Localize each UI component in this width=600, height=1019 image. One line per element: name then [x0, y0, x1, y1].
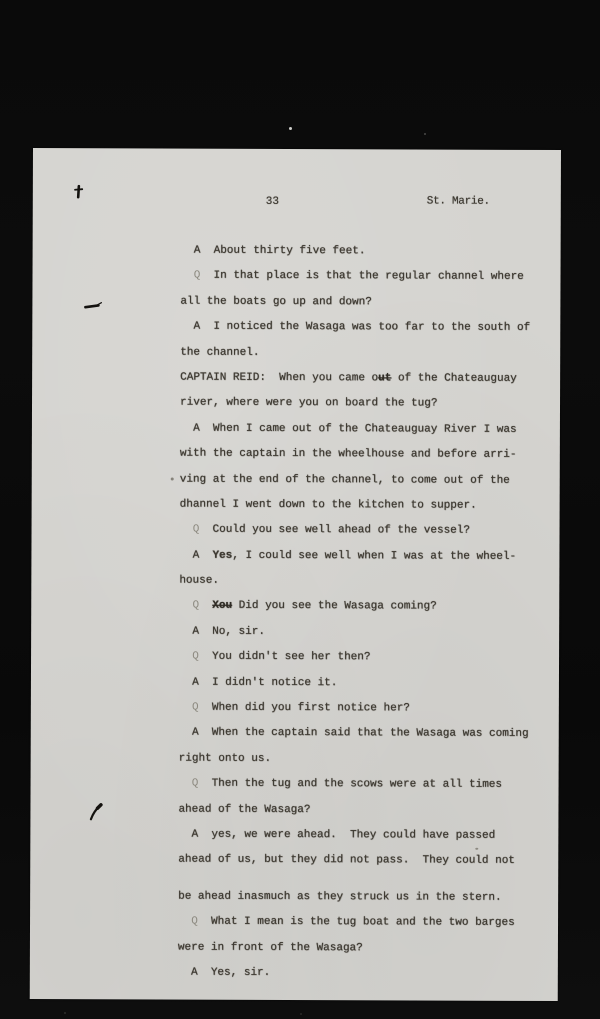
transcript-line: Q When did you first notice her?	[179, 696, 529, 723]
text-segment: , I could see well when I was at the whe…	[232, 549, 516, 562]
transcript-line: ahead of the Wasaga?	[178, 797, 528, 824]
text-segment: right onto us.	[179, 752, 271, 764]
text-segment: A When the captain said that the Wasaga …	[179, 727, 529, 740]
transcript-line: ahead of us, but they did not pass. They…	[178, 848, 528, 875]
text-segment: A When I came out of the Chateauguay Riv…	[180, 422, 517, 435]
transcript-line: A When I came out of the Chateauguay Riv…	[180, 416, 530, 443]
text-segment: When did you first notice her?	[199, 702, 410, 715]
transcript-line: A No, sir.	[179, 619, 529, 646]
transcript-line: A Yes, sir.	[178, 960, 528, 987]
transcript-line: Q You didn't see her then?	[179, 645, 529, 672]
text-segment: A Yes, sir.	[178, 966, 270, 978]
scan-speck	[300, 1013, 302, 1015]
text-segment	[179, 600, 192, 612]
transcript-line: with the captain in the wheelhouse and b…	[180, 442, 530, 469]
text-segment: Yes	[212, 549, 232, 561]
transcript-line: right onto us.	[179, 746, 529, 773]
text-segment: ving at the end of the channel, to come …	[180, 473, 510, 486]
text-segment: all the boats go up and down?	[180, 295, 371, 308]
transcript-line: A Yes, I could see well when I was at th…	[179, 543, 529, 570]
scan-speck	[424, 133, 426, 135]
text-segment	[180, 270, 193, 282]
transcript-line: A yes, we were ahead. They could have pa…	[178, 823, 528, 850]
transcript-line: A I noticed the Wasaga was too far to th…	[180, 315, 530, 342]
text-segment	[179, 702, 192, 714]
transcript-line: A When the captain said that the Wasaga …	[179, 721, 529, 748]
pen-mark-cross	[72, 184, 86, 200]
transcript-line: Q Then the tug and the scows were at all…	[179, 772, 529, 799]
transcript-line: all the boats go up and down?	[180, 289, 530, 316]
transcript-line: the channel.	[180, 340, 530, 367]
text-segment: of the Chateauguay	[391, 372, 516, 384]
paper-dot	[171, 478, 174, 481]
transcript-line: were in front of the Wasaga?	[178, 935, 528, 962]
text-segment: A I didn't notice it.	[179, 676, 337, 689]
text-segment: Then the tug and the scows were at all t…	[198, 778, 502, 791]
text-segment: Could you see well ahead of the vessel?	[199, 524, 470, 537]
pen-mark-tick	[88, 802, 104, 822]
text-segment	[179, 651, 192, 663]
witness-name: St. Marie.	[427, 196, 490, 208]
text-segment: A No, sir.	[179, 625, 265, 637]
transcript-line: river, where were you on board the tug?	[180, 391, 530, 418]
text-segment: What I mean is the tug boat and the two …	[198, 916, 515, 929]
transcript-line: Q Could you see well ahead of the vessel…	[179, 518, 529, 545]
text-segment: Did you see the Wasaga coming?	[232, 600, 437, 613]
text-segment: A About thirty five feet.	[181, 245, 366, 258]
text-segment: ut	[378, 372, 391, 384]
text-segment	[178, 916, 191, 928]
text-segment: A I noticed the Wasaga was too far to th…	[180, 321, 530, 334]
page-number: 33	[266, 196, 279, 208]
transcript-line: dhannel I went down to the kitchen to su…	[180, 492, 530, 519]
text-segment: with the captain in the wheelhouse and b…	[180, 448, 517, 461]
transcript-line: ving at the end of the channel, to come …	[180, 467, 530, 494]
scan-speck	[289, 127, 292, 130]
text-segment: river, where were you on board the tug?	[180, 397, 437, 410]
text-segment: Xou	[212, 600, 232, 612]
text-segment: A yes, we were ahead. They could have pa…	[178, 829, 495, 842]
text-segment	[180, 524, 193, 536]
text-segment: be ahead inasmuch as they struck us in t…	[178, 890, 501, 903]
text-segment: dhannel I went down to the kitchen to su…	[180, 498, 477, 511]
text-segment: ahead of the Wasaga?	[178, 803, 310, 816]
document-page: 33 St. Marie. A About thirty five feet. …	[30, 148, 561, 1001]
transcript-line: Q What I mean is the tug boat and the tw…	[178, 910, 528, 937]
transcript-line: CAPTAIN REID: When you came out of the C…	[180, 366, 530, 393]
text-segment: ahead of us, but they did not pass. They…	[178, 854, 515, 867]
scan-background: 33 St. Marie. A About thirty five feet. …	[0, 0, 600, 1019]
text-segment: house.	[179, 575, 219, 587]
transcript-line: house.	[179, 569, 529, 596]
text-segment	[199, 600, 212, 612]
text-segment: the channel.	[180, 346, 259, 358]
transcript-line: Q Xou Did you see the Wasaga coming?	[179, 594, 529, 621]
transcript-line: Q In that place is that the regular chan…	[180, 264, 530, 291]
text-segment: In that place is that the regular channe…	[200, 270, 523, 283]
transcript-body: A About thirty five feet. Q In that plac…	[178, 239, 531, 988]
text-segment: A	[179, 549, 212, 561]
scan-speck	[64, 1012, 66, 1014]
transcript-line: A I didn't notice it.	[179, 670, 529, 697]
transcript-line: be ahead inasmuch as they struck us in t…	[178, 884, 528, 911]
transcript-line: A About thirty five feet.	[181, 239, 531, 266]
text-segment: CAPTAIN REID: When you came o	[180, 372, 378, 385]
text-segment: were in front of the Wasaga?	[178, 941, 363, 954]
text-segment: You didn't see her then?	[199, 651, 371, 664]
pen-mark-dash	[83, 300, 103, 310]
text-segment	[179, 778, 192, 790]
